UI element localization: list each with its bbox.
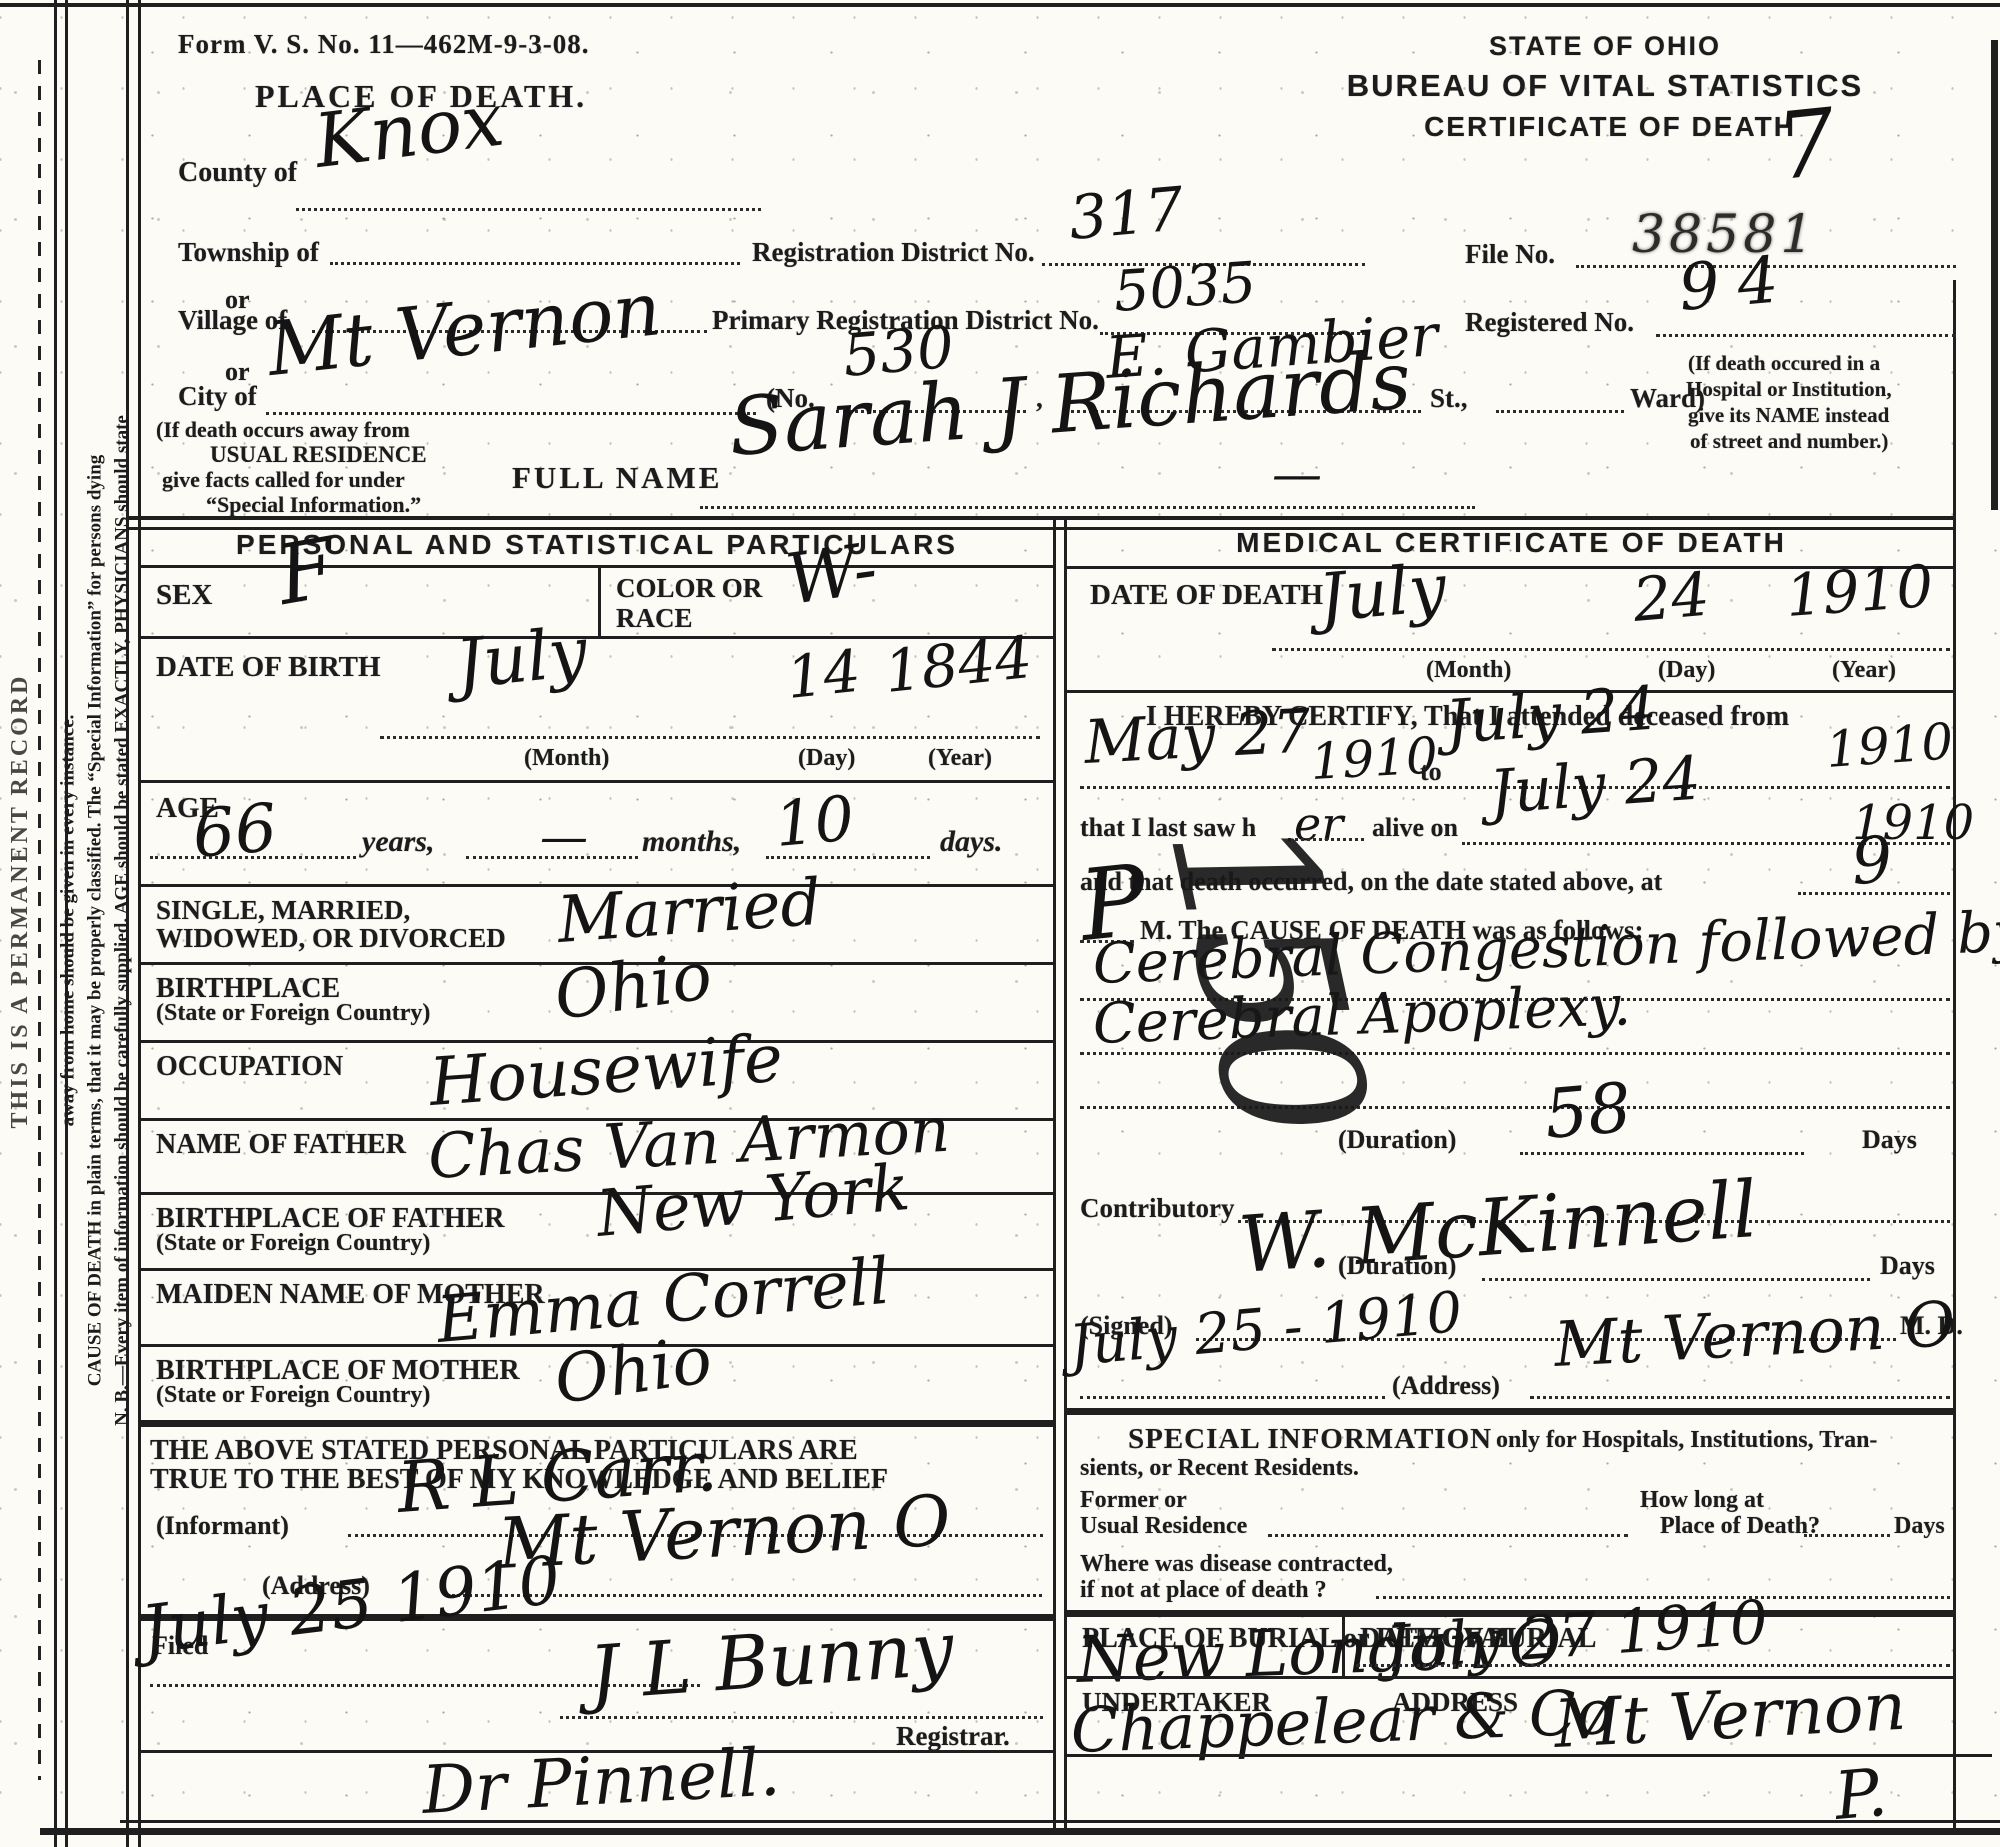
registration-district-label: Registration District No. — [752, 238, 1035, 266]
thick-rule — [141, 1420, 1053, 1427]
hospital-note-line2: Hospital or Institution, — [1686, 378, 1892, 400]
attended-to-word: to — [1420, 758, 1442, 785]
special-info-line2: sients, or Recent Residents. — [1080, 1456, 1359, 1481]
signed-address-value: Mt Vernon O — [1553, 1291, 1957, 1377]
duration2-days-word: Days — [1880, 1252, 1935, 1279]
undertaker-value: Chappelear & Co — [1070, 1679, 1615, 1763]
informant-address-value: Mt Vernon O — [496, 1484, 952, 1581]
mother-birthplace-caption: (State or Foreign Country) — [156, 1383, 430, 1408]
margin-note-line1: N. B.—Every item of information should b… — [109, 41, 136, 1801]
contributory-label: Contributory — [1080, 1194, 1235, 1222]
primary-registration-value: 5035 — [1112, 254, 1258, 323]
doctor-note-value: Dr Pinnell. — [420, 1737, 781, 1825]
handwritten-file-mark: 7 — [1772, 94, 1840, 196]
residence-note-line1: (If death occurs away from — [156, 418, 410, 441]
duration-value: 58 — [1542, 1073, 1634, 1152]
mother-birthplace-value: Ohio — [550, 1325, 716, 1416]
former-label-line2: Usual Residence — [1080, 1514, 1247, 1539]
death-month-caption: (Month) — [1426, 658, 1511, 683]
special-info-rest: only for Hospitals, Institutions, Tran- — [1496, 1428, 1877, 1453]
duration2-label: (Duration) — [1338, 1252, 1456, 1279]
county-value: Knox — [311, 82, 508, 182]
column-divider-outer — [1053, 516, 1056, 1828]
margin-note-line2: CAUSE OF DEATH in plain terms, that it m… — [82, 41, 109, 1801]
form-left-rule-inner — [138, 0, 141, 1847]
undertaker-address-value: Mt Vernon — [1552, 1672, 1907, 1760]
margin-edge-text: THIS IS A PERMANENT RECORD — [7, 21, 34, 1781]
dob-month-value: July — [453, 617, 591, 702]
marital-label-line1: SINGLE, MARRIED, — [156, 896, 410, 924]
residence-note-line3: give facts called for under — [162, 468, 405, 491]
color-race-label-line1: COLOR OR — [616, 574, 762, 602]
howlong-line — [1804, 1534, 1890, 1537]
father-name-label: NAME OF FATHER — [156, 1130, 406, 1159]
age-years-word: years, — [362, 826, 434, 858]
full-name-label: FULL NAME — [512, 462, 722, 495]
county-label: County of — [178, 158, 297, 187]
state-heading: STATE OF OHIO — [1460, 32, 1750, 60]
ward-line — [1496, 410, 1624, 413]
marital-label-line2: WIDOWED, OR DIVORCED — [156, 924, 506, 952]
city-line — [266, 412, 756, 415]
dob-month-caption: (Month) — [524, 746, 609, 771]
age-months-value: — — [540, 812, 588, 862]
column-divider-inner — [1064, 516, 1067, 1828]
dob-day-caption: (Day) — [798, 746, 855, 771]
signed-address-line — [1530, 1396, 1950, 1399]
burial-date-line — [1356, 1664, 1950, 1667]
right-edge-rule — [1953, 280, 1956, 1828]
howlong-label-line1: How long at — [1640, 1488, 1764, 1513]
death-occurred-line — [1798, 892, 1950, 895]
full-name-dash: — — [1272, 448, 1322, 501]
duration-line — [1520, 1152, 1804, 1155]
former-label-line1: Former or — [1080, 1488, 1187, 1513]
attended-to-year: 1910 — [1824, 715, 1955, 776]
age-line-2 — [466, 856, 638, 859]
st-label: St., — [1430, 384, 1468, 412]
full-name-line — [700, 506, 1475, 509]
death-occurred-time: 9 — [1849, 827, 1894, 897]
disease-question-line2: if not at place of death ? — [1080, 1578, 1327, 1603]
township-label: Township of — [178, 238, 319, 266]
special-info-label: SPECIAL INFORMATION — [1128, 1424, 1492, 1454]
registered-no-line — [1656, 334, 1956, 337]
disease-question-line1: Where was disease contracted, — [1080, 1552, 1393, 1577]
registrar-line — [560, 1716, 1043, 1719]
age-days-value: 10 — [772, 785, 856, 857]
top-edge-rule — [0, 3, 2000, 7]
death-certificate-scan: THIS IS A PERMANENT RECORD away from hom… — [0, 0, 2000, 1847]
death-month-value: July — [1316, 553, 1449, 633]
duration2-line — [1482, 1278, 1870, 1281]
city-value: Mt Vernon — [264, 271, 665, 390]
bottom-rule-thin — [120, 1820, 2000, 1823]
hospital-note-line3: give its NAME instead — [1688, 404, 1889, 426]
filed-value: July 25 1910 — [138, 1545, 565, 1665]
howlong-label-line2: Place of Death? — [1660, 1514, 1820, 1539]
attended-to-date: July 24 — [1444, 677, 1659, 755]
margin-permanent-record-note: THIS IS A PERMANENT RECORD — [7, 21, 37, 1781]
birthplace-value: Ohio — [550, 941, 716, 1032]
father-birthplace-label: BIRTHPLACE OF FATHER — [156, 1204, 505, 1233]
dob-year-caption: (Year) — [928, 746, 992, 771]
howlong-days-word: Days — [1894, 1514, 1945, 1539]
sex-color-divider — [598, 565, 601, 637]
file-no-label: File No. — [1465, 240, 1555, 268]
registration-district-value: 317 — [1067, 178, 1187, 251]
death-year-caption: (Year) — [1832, 658, 1896, 683]
thick-rule — [1067, 1408, 1956, 1415]
signed-address-label: (Address) — [1392, 1372, 1500, 1399]
duration-label: (Duration) — [1338, 1126, 1456, 1153]
sex-label: SEX — [156, 580, 212, 610]
county-line — [296, 208, 761, 211]
certificate-heading: CERTIFICATE OF DEATH — [1410, 112, 1810, 141]
dob-year-value: 1844 — [882, 627, 1035, 703]
father-birthplace-caption: (State or Foreign Country) — [156, 1231, 430, 1256]
age-line-3 — [766, 856, 930, 859]
registrar-signature: J L Bunny — [587, 1611, 957, 1714]
death-year-value: 1910 — [1784, 556, 1935, 627]
alive-on-text: alive on — [1372, 814, 1458, 841]
former-residence-line — [1268, 1534, 1628, 1537]
registered-no-label: Registered No. — [1465, 308, 1634, 336]
form-number: Form V. S. No. 11—462M-9-3-08. — [178, 30, 589, 58]
birthplace-label: BIRTHPLACE — [156, 974, 340, 1003]
occupation-label: OCCUPATION — [156, 1052, 343, 1081]
registrar-label: Registrar. — [896, 1722, 1010, 1750]
last-saw-date: July 24 — [1488, 747, 1703, 825]
mother-birthplace-label: BIRTHPLACE OF MOTHER — [156, 1356, 520, 1385]
residence-note-line2: USUAL RESIDENCE — [210, 443, 427, 467]
dob-day-value: 14 — [784, 641, 864, 709]
age-days-word: days. — [940, 826, 1003, 858]
death-day-caption: (Day) — [1658, 658, 1715, 683]
color-race-label-line2: RACE — [616, 604, 693, 632]
dob-label: DATE OF BIRTH — [156, 652, 381, 682]
death-date-line — [1272, 648, 1950, 651]
registered-no-value: 94 — [1676, 246, 1799, 323]
birthplace-caption: (State or Foreign Country) — [156, 1001, 430, 1026]
medical-title: MEDICAL CERTIFICATE OF DEATH — [1067, 528, 1956, 557]
township-line — [330, 262, 740, 265]
physician-signature: W. McKinnell — [1236, 1170, 1760, 1288]
death-day-value: 24 — [1631, 564, 1713, 633]
signed-date-line — [1080, 1396, 1385, 1399]
signed-date-value: July 25 - 1910 — [1067, 1284, 1465, 1377]
informant-label: (Informant) — [156, 1512, 289, 1539]
date-of-death-label: DATE OF DEATH — [1090, 580, 1323, 610]
margin-note-line3: away from home should be given in every … — [55, 41, 82, 1801]
hospital-note-line1: (If death occured in a — [1688, 352, 1880, 374]
rule — [141, 780, 1053, 783]
dob-line — [380, 736, 1040, 739]
duration-days-word: Days — [1862, 1126, 1917, 1153]
residence-note-line4: “Special Information.” — [206, 493, 421, 516]
hospital-note-line4: of street and number.) — [1690, 430, 1888, 452]
age-months-word: months, — [642, 826, 741, 858]
margin-nb-note: away from home should be given in every … — [55, 41, 136, 1801]
color-race-value: W- — [782, 532, 882, 617]
age-line-1 — [150, 856, 356, 859]
city-label: City of — [178, 382, 257, 410]
burial-date-value: July 27 1910 — [1384, 1591, 1770, 1681]
margin-dashed-rule — [38, 60, 41, 1780]
right-corner-blotch — [1991, 40, 1998, 510]
header-separator-top — [126, 516, 1956, 520]
bottom-rule-thick — [40, 1828, 2000, 1835]
